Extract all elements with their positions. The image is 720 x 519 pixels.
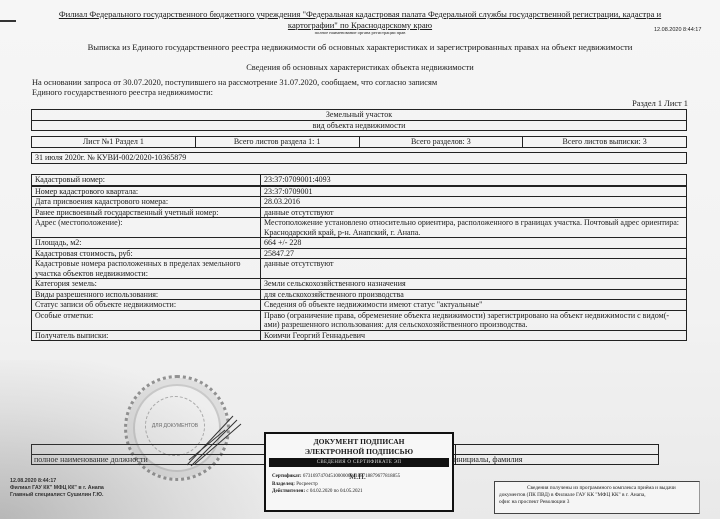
print-timestamp: 12.08.2020 8:44:17 — [654, 27, 701, 33]
table-row: Особые отметки:Право (ограничение права,… — [32, 310, 687, 330]
field-label: Статус записи об объекте недвижимости: — [32, 300, 261, 311]
field-value: Местоположение установлено относительно … — [261, 218, 687, 238]
document-title: Выписка из Единого государственного реес… — [20, 42, 700, 52]
field-value: 23:37:0709001:4093 — [261, 175, 687, 186]
intro-line-1: На основании запроса от 30.07.2020, пост… — [32, 78, 512, 88]
mfc-specialist: Главный специалист Сушилин Г.Ю. — [10, 492, 104, 499]
mfc-stamp: 12.08.2020 8:44:17 Филиал ГАУ КК" МФЦ КК… — [10, 478, 104, 499]
mfc-note-line-1: Сведения получены из программного компле… — [499, 485, 676, 491]
object-type-caption: вид объекта недвижимости — [32, 120, 687, 131]
field-value: 25847.27 — [261, 248, 687, 259]
field-value: 23:37:0709001 — [261, 186, 687, 197]
field-label: Адрес (местоположение): — [32, 218, 261, 238]
esig-cert-bar: СВЕДЕНИЯ О СЕРТИФИКАТЕ ЭП — [269, 458, 449, 467]
field-label: Получатель выписки: — [32, 330, 261, 341]
intro-line-2: Единого государственного реестра недвижи… — [32, 88, 512, 98]
object-type-table: Земельный участок вид объекта недвижимос… — [31, 109, 687, 131]
object-type: Земельный участок — [32, 110, 687, 121]
field-value: данные отсутствуют — [261, 207, 687, 218]
field-value: 28.03.2016 — [261, 197, 687, 208]
valid-label: Действителен: — [272, 489, 305, 494]
mfc-source-note: Сведения получены из программного компле… — [494, 481, 700, 514]
field-label: Виды разрешенного использования: — [32, 289, 261, 300]
table-row: Категория земель:Земли сельскохозяйствен… — [32, 279, 687, 290]
registration-table: 31 июля 2020г. № КУВИ-002/2020-10365879 — [31, 152, 687, 164]
mfc-timestamp: 12.08.2020 8:44:17 — [10, 478, 104, 485]
field-label: Ранее присвоенный государственный учетны… — [32, 207, 261, 218]
intro-text: На основании запроса от 30.07.2020, пост… — [32, 78, 512, 98]
table-row: Номер кадастрового квартала:23:37:070900… — [32, 186, 687, 197]
name-signature-lines: инициалы, фамилия — [451, 444, 659, 465]
mp-label: М.П. — [349, 472, 366, 481]
mfc-branch: Филиал ГАУ КК" МФЦ КК" в г. Анапа — [10, 485, 104, 492]
field-value: Земли сельскохозяйственного назначения — [261, 279, 687, 290]
esig-title-2: ЭЛЕКТРОННОЙ ПОДПИСЬЮ — [266, 447, 452, 456]
organization-name: Филиал Федерального государственного бюд… — [40, 9, 680, 30]
field-label: Особые отметки: — [32, 310, 261, 330]
field-value: Сведения об объекте недвижимости имеют с… — [261, 300, 687, 311]
total-sheets-extract: Всего листов выписки: 3 — [523, 137, 687, 148]
field-label: Кадастровый номер: — [32, 175, 261, 186]
total-sections: Всего разделов: 3 — [359, 137, 523, 148]
field-label: Категория земель: — [32, 279, 261, 290]
name-caption: инициалы, фамилия — [452, 455, 659, 465]
cert-label: Сертификат: — [272, 474, 302, 479]
table-row: Виды разрешенного использования:для сель… — [32, 289, 687, 300]
owner-label: Владелец: — [272, 482, 295, 487]
field-label: Кадастровая стоимость, руб: — [32, 248, 261, 259]
field-value: Коимчи Георгий Геннадьевич — [261, 330, 687, 341]
table-row: Дата присвоения кадастрового номера:28.0… — [32, 197, 687, 208]
table-row: Площадь, м2:664 +/- 228 — [32, 238, 687, 249]
field-label: Площадь, м2: — [32, 238, 261, 249]
mfc-note-line-2: документов (ПК ПВД) в Филиале ГАУ КК "МФ… — [499, 492, 695, 499]
scan-mark — [0, 20, 16, 22]
field-value: данные отсутствуют — [261, 259, 687, 279]
table-row: Кадастровые номера расположенных в преде… — [32, 259, 687, 279]
sheets-table: Лист №1 Раздел 1 Всего листов раздела 1:… — [31, 136, 687, 148]
esig-title-1: ДОКУМЕНТ ПОДПИСАН — [266, 437, 452, 446]
field-value: для сельскохозяйственного производства — [261, 289, 687, 300]
owner-value: Росреестр — [296, 482, 318, 487]
total-sheets-section: Всего листов раздела 1: 1 — [195, 137, 359, 148]
table-row: Получатель выписки:Коимчи Георгий Геннад… — [32, 330, 687, 341]
registration-date-number: 31 июля 2020г. № КУВИ-002/2020-10365879 — [32, 153, 687, 164]
table-row: Ранее присвоенный государственный учетны… — [32, 207, 687, 218]
table-row: Кадастровый номер:23:37:0709001:4093 — [32, 175, 687, 186]
section-sheet-label: Раздел 1 Лист 1 — [632, 99, 688, 108]
table-row: Кадастровая стоимость, руб:25847.27 — [32, 248, 687, 259]
field-value: 664 +/- 228 — [261, 238, 687, 249]
field-label: Кадастровые номера расположенных в преде… — [32, 259, 261, 279]
table-row: Статус записи об объекте недвижимости:Св… — [32, 300, 687, 311]
table-row: Адрес (местоположение):Местоположение ус… — [32, 218, 687, 238]
field-label: Номер кадастрового квартала: — [32, 186, 261, 197]
organization-caption: полное наименование органа регистрации п… — [40, 30, 680, 35]
mfc-note-line-3: офис на проспект Революции 3 — [499, 499, 695, 506]
section-title: Сведения об основных характеристиках объ… — [20, 63, 700, 72]
extract-page: Филиал Федерального государственного бюд… — [0, 0, 720, 519]
valid-value: с 04.02.2020 по 04.05.2021 — [306, 489, 362, 494]
characteristics-table: Кадастровый номер:23:37:0709001:4093Номе… — [31, 174, 687, 341]
field-label: Дата присвоения кадастрового номера: — [32, 197, 261, 208]
field-value: Право (ограничение права, обременение об… — [261, 310, 687, 330]
sheet-number: Лист №1 Раздел 1 — [32, 137, 196, 148]
electronic-signature-box: ДОКУМЕНТ ПОДПИСАН ЭЛЕКТРОННОЙ ПОДПИСЬЮ С… — [264, 432, 454, 512]
